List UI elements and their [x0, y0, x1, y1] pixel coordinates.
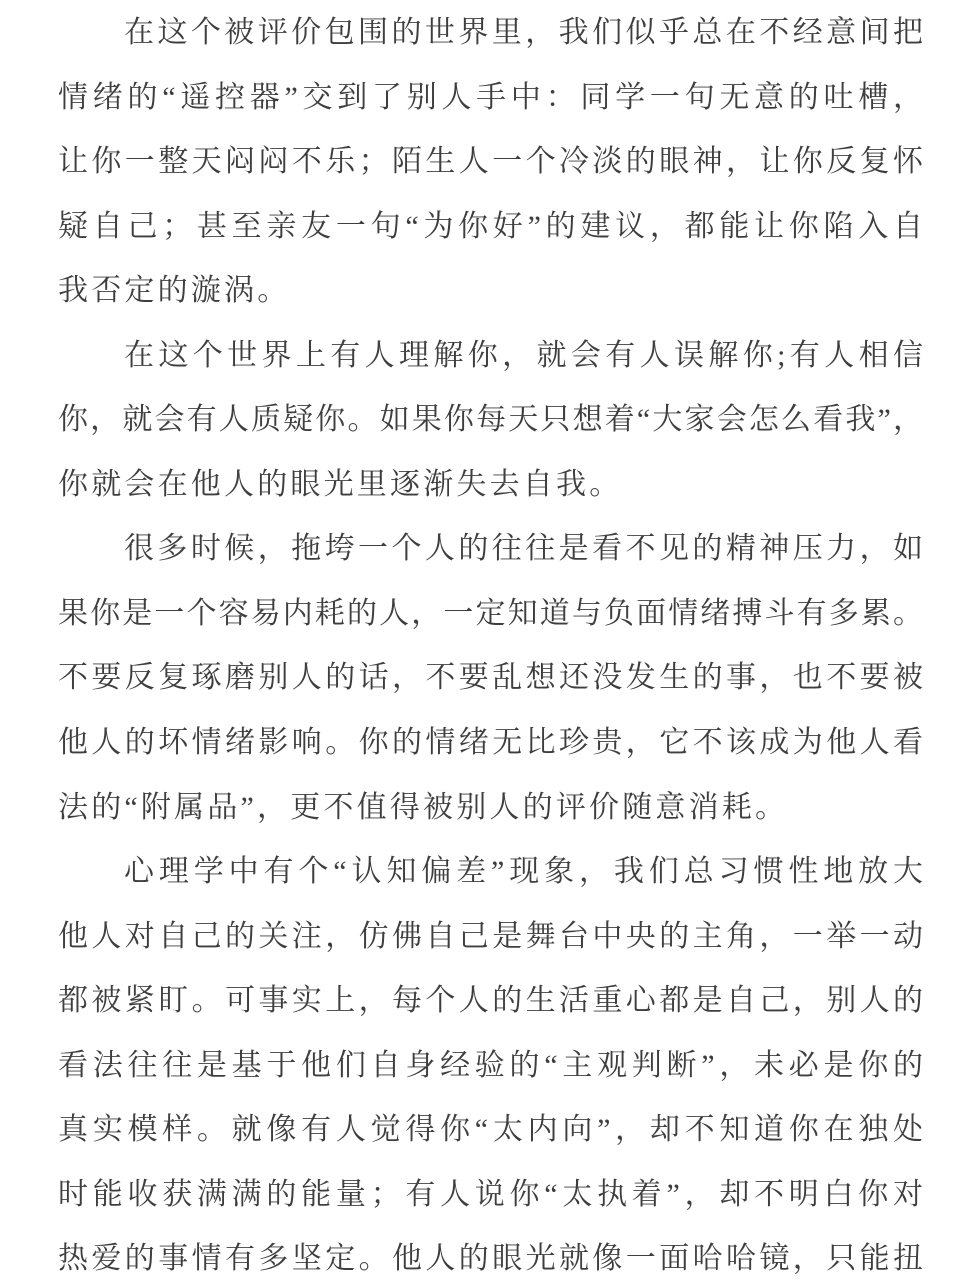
text-line: 他人对自己的关注，仿佛自己是舞台中央的主角，一举一动: [58, 905, 923, 970]
text-line: 你，就会有人质疑你。如果你每天只想着“大家会怎么看我”，: [58, 388, 923, 453]
text-line: 都被紧盯。可事实上，每个人的生活重心都是自己，别人的: [58, 969, 923, 1034]
paragraph-4: 心理学中有个“认知偏差”现象，我们总习惯性地放大 他人对自己的关注，仿佛自己是舞…: [58, 840, 923, 1288]
text-line: 他人的坏情绪影响。你的情绪无比珍贵，它不该成为他人看: [58, 711, 923, 776]
text-line: 在这个被评价包围的世界里，我们似乎总在不经意间把: [58, 1, 923, 66]
paragraph-2: 在这个世界上有人理解你，就会有人误解你;有人相信 你，就会有人质疑你。如果你每天…: [58, 324, 923, 518]
text-line: 我否定的漩涡。: [58, 259, 923, 324]
document-page: 在这个被评价包围的世界里，我们似乎总在不经意间把 情绪的“遥控器”交到了别人手中…: [0, 0, 980, 1288]
paragraph-1: 在这个被评价包围的世界里，我们似乎总在不经意间把 情绪的“遥控器”交到了别人手中…: [58, 1, 923, 324]
text-line: 你就会在他人的眼光里逐渐失去自我。: [58, 453, 923, 518]
text-line: 让你一整天闷闷不乐；陌生人一个冷淡的眼神，让你反复怀: [58, 130, 923, 195]
text-line: 看法往往是基于他们自身经验的“主观判断”，未必是你的: [58, 1034, 923, 1099]
text-line: 疑自己；甚至亲友一句“为你好”的建议，都能让你陷入自: [58, 195, 923, 260]
text-line: 很多时候，拖垮一个人的往往是看不见的精神压力，如: [58, 517, 923, 582]
paragraph-3: 很多时候，拖垮一个人的往往是看不见的精神压力，如 果你是一个容易内耗的人，一定知…: [58, 517, 923, 840]
text-line: 真实模样。就像有人觉得你“太内向”，却不知道你在独处: [58, 1098, 923, 1163]
text-line: 情绪的“遥控器”交到了别人手中：同学一句无意的吐槽，: [58, 66, 923, 131]
text-line: 在这个世界上有人理解你，就会有人误解你;有人相信: [58, 324, 923, 389]
text-line: 时能收获满满的能量；有人说你“太执着”，却不明白你对: [58, 1163, 923, 1228]
text-line: 法的“附属品”，更不值得被别人的评价随意消耗。: [58, 776, 923, 841]
text-line: 心理学中有个“认知偏差”现象，我们总习惯性地放大: [58, 840, 923, 905]
text-line: 热爱的事情有多坚定。他人的眼光就像一面哈哈镜，只能扭: [58, 1227, 923, 1288]
text-line: 不要反复琢磨别人的话，不要乱想还没发生的事，也不要被: [58, 646, 923, 711]
text-line: 果你是一个容易内耗的人，一定知道与负面情绪搏斗有多累。: [58, 582, 923, 647]
